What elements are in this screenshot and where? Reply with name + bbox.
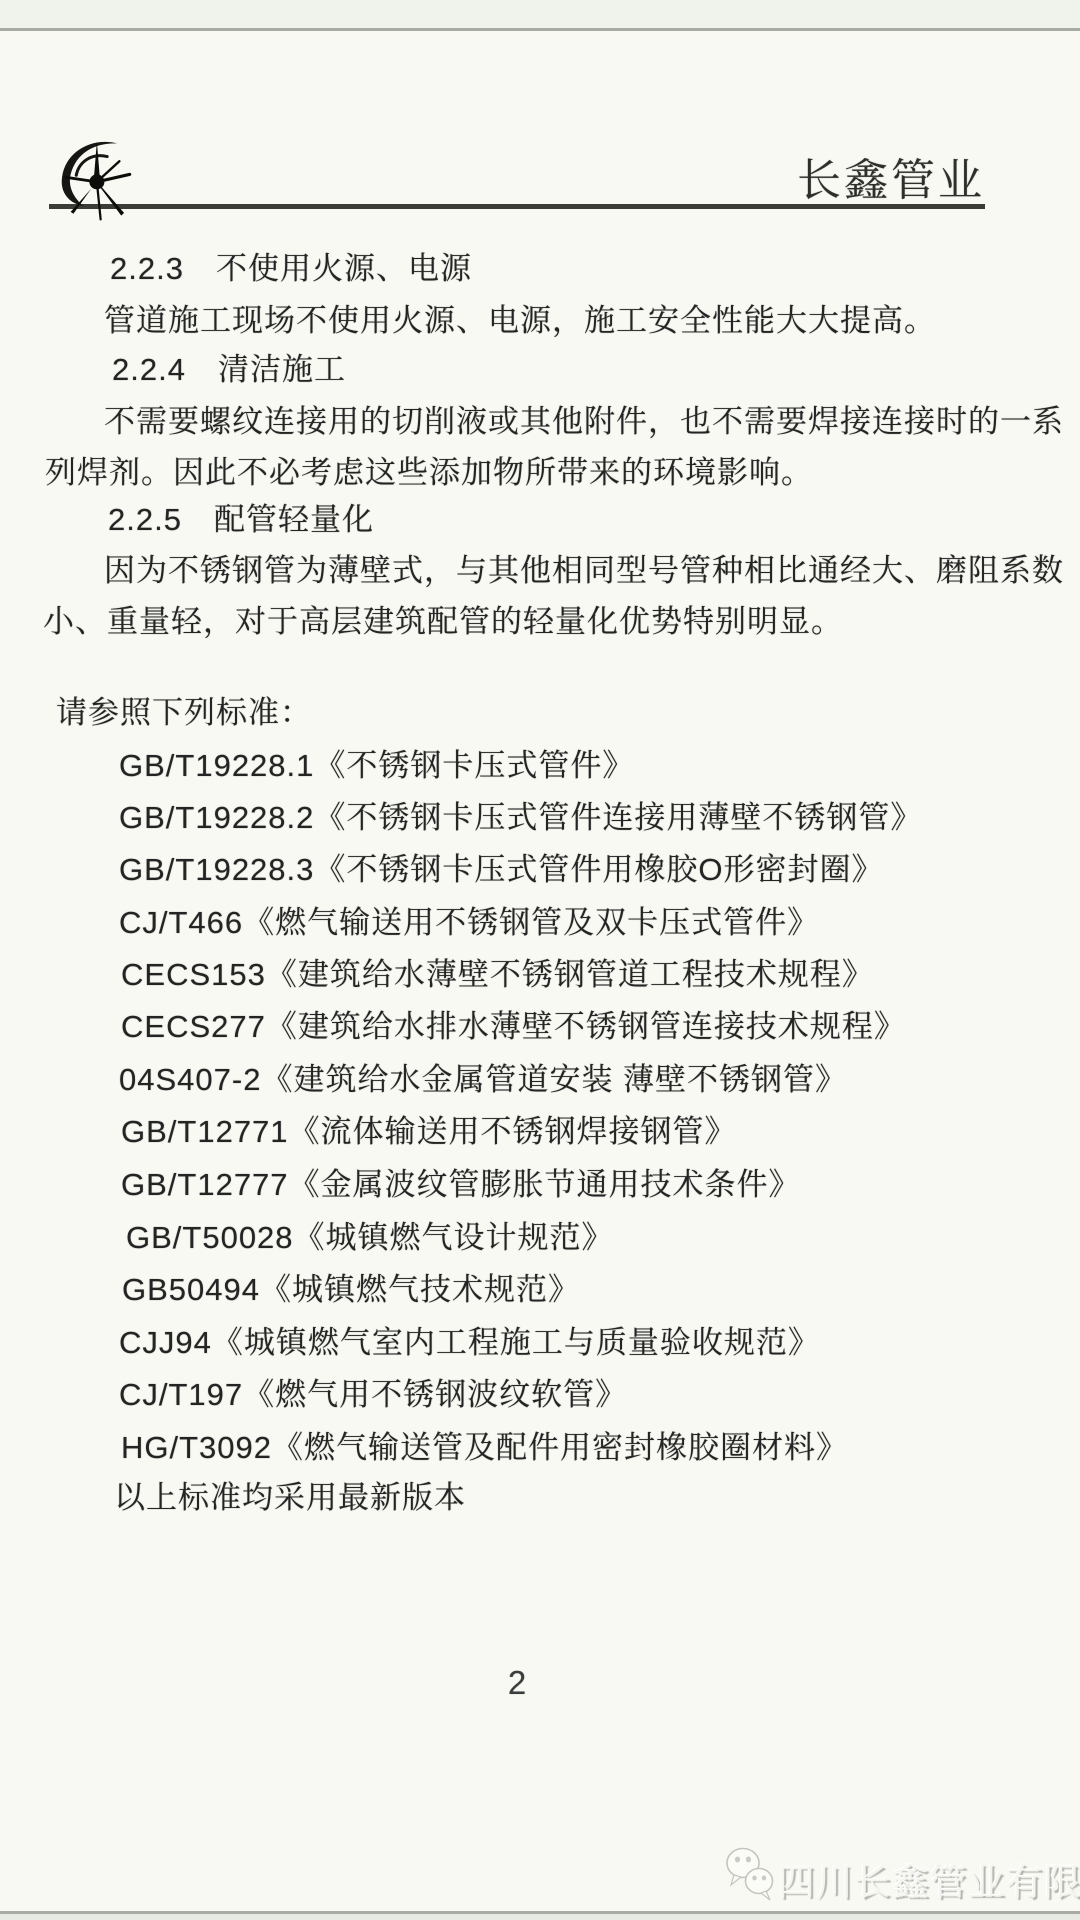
top-strip — [0, 0, 1080, 28]
standard-item: GB/T19228.1《不锈钢卡压式管件》 — [119, 748, 634, 784]
section-224-heading: 2.2.4 清洁施工 — [112, 352, 346, 388]
header-rule-line — [49, 204, 985, 209]
standard-item: CECS153《建筑给水薄壁不锈钢管道工程技术规程》 — [121, 957, 874, 993]
standard-item: 04S407-2《建筑给水金属管道安装 薄壁不锈钢管》 — [119, 1062, 847, 1098]
bottom-strip — [0, 1914, 1080, 1920]
standard-item: CJJ94《城镇燃气室内工程施工与质量验收规范》 — [119, 1325, 820, 1361]
standard-item: CECS277《建筑给水排水薄壁不锈钢管连接技术规程》 — [121, 1009, 906, 1045]
standards-intro: 请参照下列标准： — [56, 695, 312, 731]
top-divider-line — [0, 28, 1080, 31]
standard-item: GB/T12771《流体输送用不锈钢焊接钢管》 — [121, 1114, 737, 1150]
standard-item: GB/T19228.3《不锈钢卡压式管件用橡胶O形密封圈》 — [119, 852, 884, 888]
standard-item: CJ/T466《燃气输送用不锈钢管及双卡压式管件》 — [119, 905, 819, 941]
section-223-heading: 2.2.3 不使用火源、电源 — [110, 251, 472, 287]
document-page: 长鑫管业 2.2.3 不使用火源、电源 管道施工现场不使用火源、电源，施工安全性… — [0, 0, 1080, 1920]
standard-item: GB/T19228.2《不锈钢卡压式管件连接用薄壁不锈钢管》 — [119, 800, 922, 836]
section-224-paragraph-line2: 列焊剂。因此不必考虑这些添加物所带来的环境影响。 — [45, 455, 813, 491]
section-224-paragraph-line1: 不需要螺纹连接用的切削液或其他附件，也不需要焊接连接时的一系 — [104, 404, 1064, 440]
brand-name: 长鑫管业 — [797, 158, 985, 204]
page-number: 2 — [0, 1664, 1034, 1702]
standards-note: 以上标准均采用最新版本 — [114, 1480, 466, 1516]
section-225-heading: 2.2.5 配管轻量化 — [108, 502, 374, 538]
section-225-paragraph-line1: 因为不锈钢管为薄壁式，与其他相同型号管种相比通经大、磨阻系数 — [104, 553, 1064, 589]
standard-item: HG/T3092《燃气输送管及配件用密封橡胶圈材料》 — [121, 1430, 848, 1466]
company-watermark: 四川长鑫管业有限公司 — [778, 1852, 1080, 1906]
section-225-paragraph-line2: 小、重量轻，对于高层建筑配管的轻量化优势特别明显。 — [43, 604, 843, 640]
crescent-star-logo-icon — [50, 134, 140, 226]
standard-item: GB/T50028《城镇燃气设计规范》 — [126, 1220, 614, 1256]
section-223-paragraph: 管道施工现场不使用火源、电源，施工安全性能大大提高。 — [104, 303, 936, 339]
standard-item: GB/T12777《金属波纹管膨胀节通用技术条件》 — [121, 1167, 801, 1203]
standard-item: CJ/T197《燃气用不锈钢波纹软管》 — [119, 1377, 627, 1413]
standard-item: GB50494《城镇燃气技术规范》 — [122, 1272, 580, 1308]
wechat-icon — [724, 1844, 776, 1902]
